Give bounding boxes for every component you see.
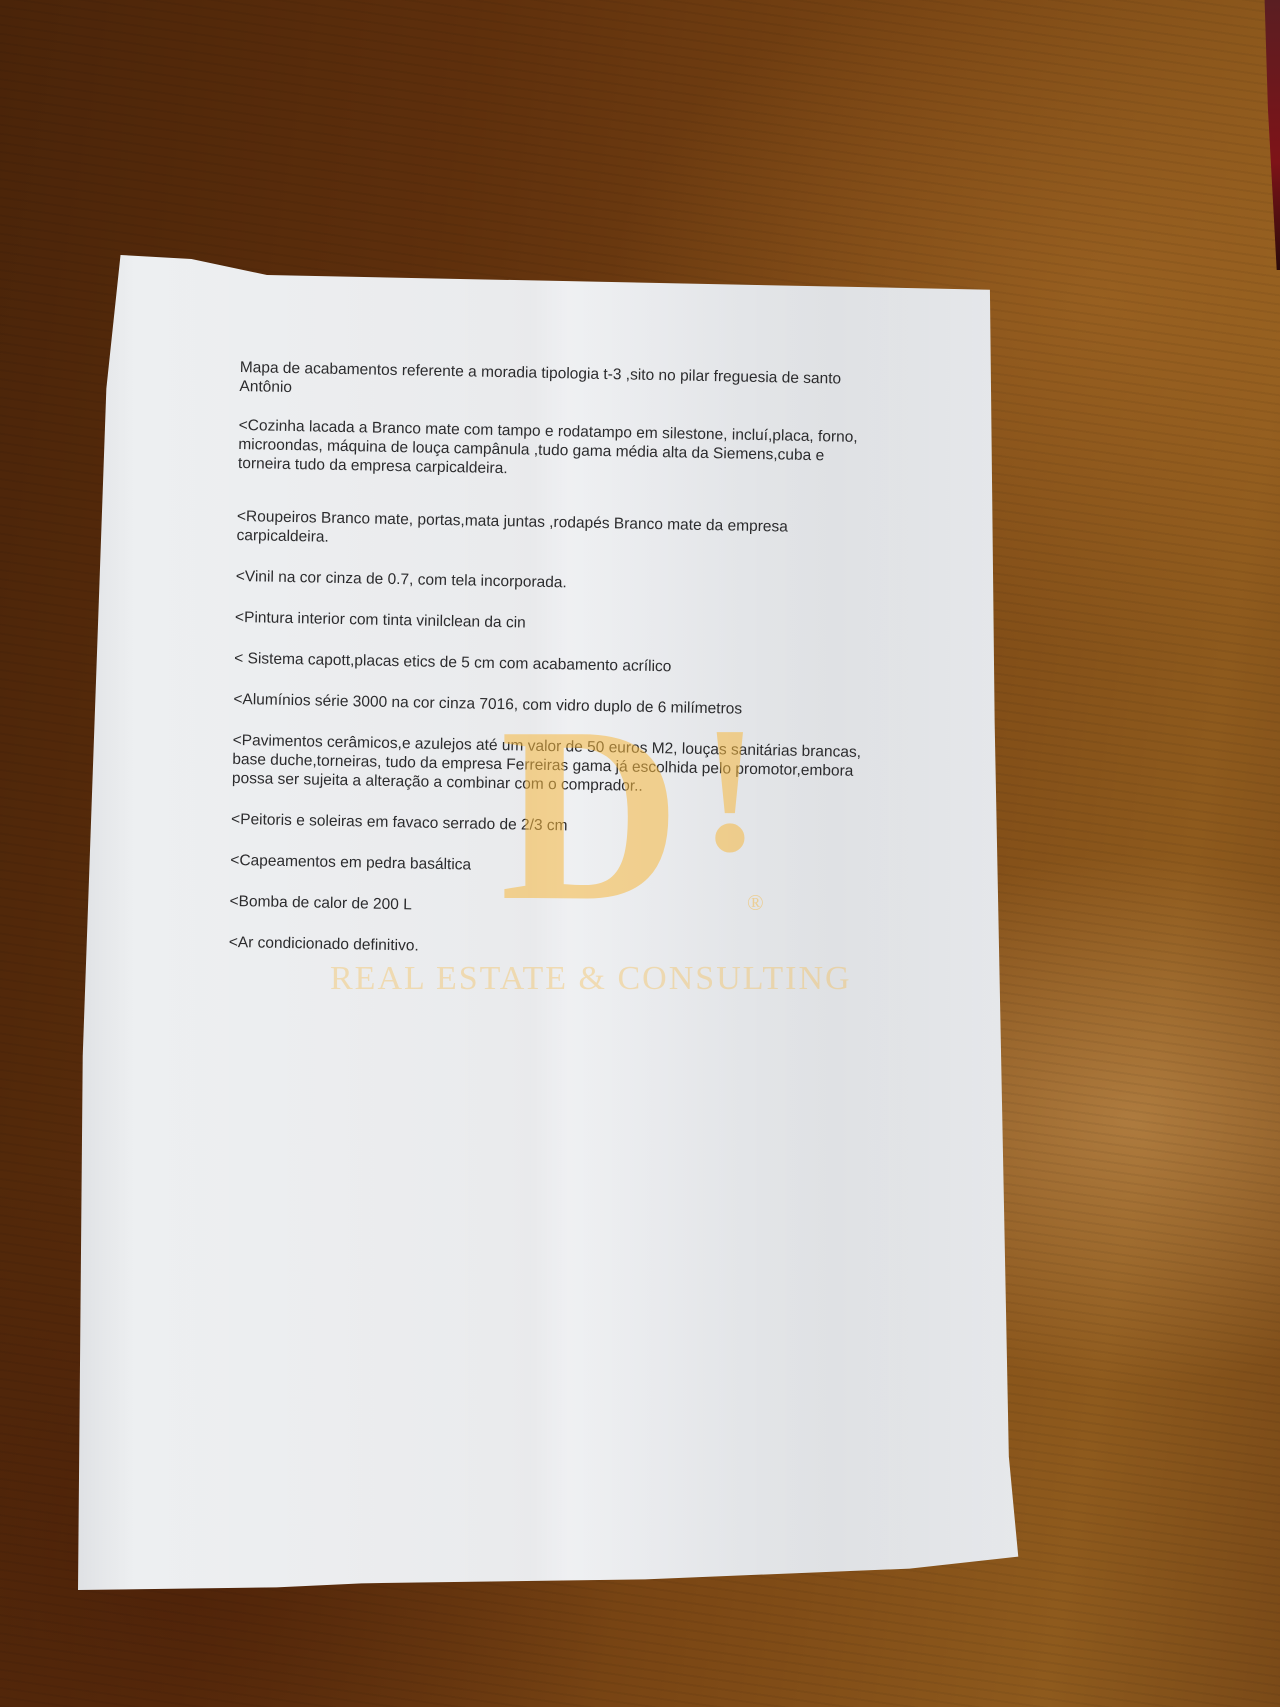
item-vinil: <Vinil na cor cinza de 0.7, com tela inc… [236,567,876,598]
item-bomba-calor: <Bomba de calor de 200 L [229,892,869,923]
item-pintura: <Pintura interior com tinta vinilclean d… [235,608,875,639]
red-object-edge [1258,0,1280,270]
item-cozinha: <Cozinha lacada a Branco mate com tampo … [238,416,879,485]
item-peitoris: <Peitoris e soleiras em favaco serrado d… [231,810,871,841]
item-pavimentos: <Pavimentos cerâmicos,e azulejos até um … [232,731,873,800]
item-roupeiros: <Roupeiros Branco mate, portas,mata junt… [236,507,877,557]
item-capeamentos: <Capeamentos em pedra basáltica [230,851,870,882]
item-ar-condicionado: <Ar condicionado definitivo. [229,933,869,964]
item-sistema-capott: < Sistema capott,placas etics de 5 cm co… [234,649,874,680]
item-aluminios: <Alumínios série 3000 na cor cinza 7016,… [233,690,873,721]
document-text: Mapa de acabamentos referente a moradia … [228,358,880,986]
